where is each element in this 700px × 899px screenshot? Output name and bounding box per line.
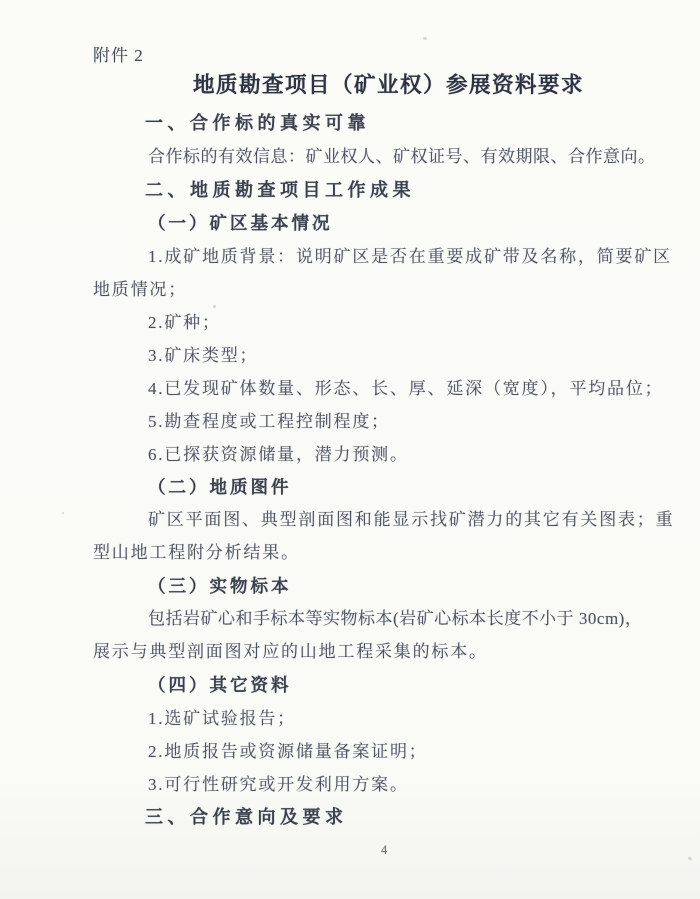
list-item-line: 3.矿床类型； <box>148 346 258 366</box>
list-item-line: 2.矿种； <box>148 313 221 333</box>
paragraph-line: 展示与典型剖面图对应的山地工程采集的标本。 <box>93 642 488 662</box>
list-item-line: 地质情况； <box>93 280 187 300</box>
scan-speck <box>62 512 64 514</box>
list-item-line: 1.成矿地质背景：说明矿区是否在重要成矿带及名称，简要矿区 <box>148 247 672 267</box>
subsection-heading-1: （一）矿区基本情况 <box>148 213 333 233</box>
scan-speck <box>213 305 216 308</box>
attachment-label: 附件 2 <box>93 46 144 66</box>
section-heading-2: 二、地质勘查项目工作成果 <box>145 180 415 201</box>
paragraph-line: 合作标的有效信息：矿业权人、矿权证号、有效期限、合作意向。 <box>148 147 656 167</box>
page-number: 4 <box>381 843 387 857</box>
paragraph-line: 包括岩矿心和手标本等实物标本(岩矿心标本长度不小于 30cm)， <box>148 609 642 629</box>
list-item-line: 3.可行性研究或开发利用方案。 <box>148 775 409 795</box>
document-title: 地质勘查项目（矿业权）参展资料要求 <box>193 73 584 98</box>
list-item-line: 5.勘查程度或工程控制程度； <box>148 412 390 432</box>
document-page: 附件 2 地质勘查项目（矿业权）参展资料要求 一、合作标的真实可靠 合作标的有效… <box>0 0 700 899</box>
paragraph-line: 矿区平面图、典型剖面图和能显示找矿潜力的其它有关图表；重 <box>148 510 674 530</box>
scan-speck <box>423 37 427 40</box>
scan-speck <box>688 856 693 861</box>
list-item-line: 6.已探获资源储量，潜力预测。 <box>148 445 409 465</box>
paragraph-line: 型山地工程附分析结果。 <box>93 543 300 563</box>
section-heading-1: 一、合作标的真实可靠 <box>145 113 370 134</box>
subsection-heading-3: （三）实物标本 <box>148 576 292 596</box>
subsection-heading-4: （四）其它资料 <box>148 675 292 695</box>
section-heading-3: 三、合作意向及要求 <box>145 807 348 828</box>
list-item-line: 2.地质报告或资源储量备案证明； <box>148 742 428 762</box>
subsection-heading-2: （二）地质图件 <box>148 477 292 497</box>
list-item-line: 4.已发现矿体数量、形态、长、厚、延深（宽度），平均品位； <box>148 379 663 399</box>
list-item-line: 1.选矿试验报告； <box>148 709 296 729</box>
